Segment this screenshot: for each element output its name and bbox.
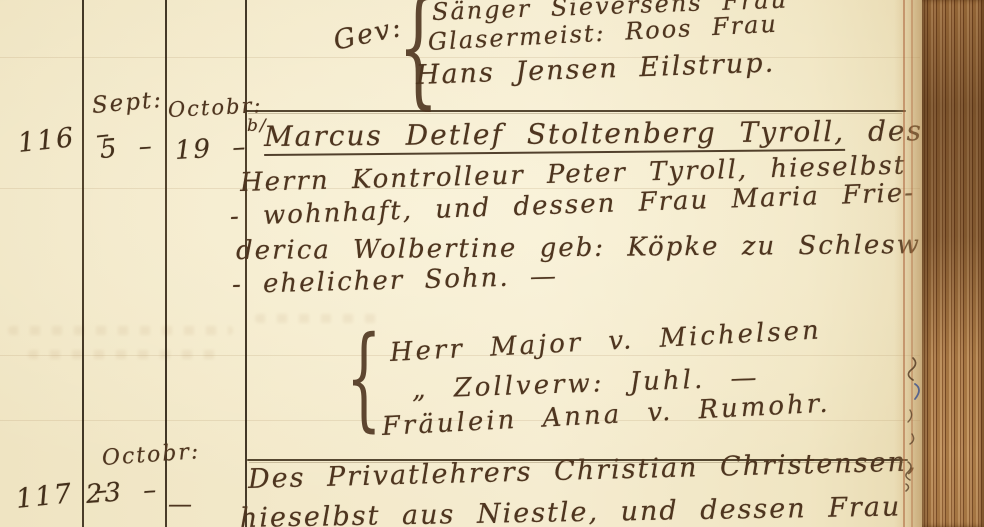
sponsor-line: Hans Jensen Eilstrup.: [415, 47, 775, 91]
baptism-day-117: 23 –: [85, 475, 159, 510]
child-name-line-116: Marcus Detlef Stoltenberg Tyroll, des: [264, 114, 923, 153]
column-rule-1: [82, 0, 84, 527]
entry-body-line: hieselbst aus Niestle, und dessen Frau M…: [240, 490, 971, 527]
entry-body-line: - ehelicher Sohn. —: [232, 261, 559, 300]
baptism-day-116: 5 –: [99, 131, 155, 165]
birth-day-116: 19 –: [174, 132, 248, 166]
birth-date-dash-117: —: [168, 490, 194, 518]
child-name-underlined: Marcus Detlef Stoltenberg Tyroll,: [264, 115, 845, 156]
brace-sponsors-116: {: [346, 322, 382, 434]
sponsor-line: Herr Major v. Michelsen: [389, 315, 822, 368]
entry-body-line: derica Wolbertine geb: Köpke zu Schleswi…: [236, 230, 960, 266]
book-fore-edge: [922, 0, 984, 527]
bleedthrough-ghost: [28, 350, 218, 359]
bleedthrough-ghost: [8, 326, 233, 335]
register-page: Gev: { Sänger Sieversens Frau Glasermeis…: [0, 0, 984, 527]
baptism-month-116: Sept:: [91, 87, 164, 119]
godparents-label: Gev:: [331, 12, 406, 57]
baptism-month-117: Octobr:: [101, 439, 201, 471]
entry-separator: [246, 110, 906, 112]
entry-body-line: Des Privatlehrers Christian Christensen,: [248, 446, 918, 495]
